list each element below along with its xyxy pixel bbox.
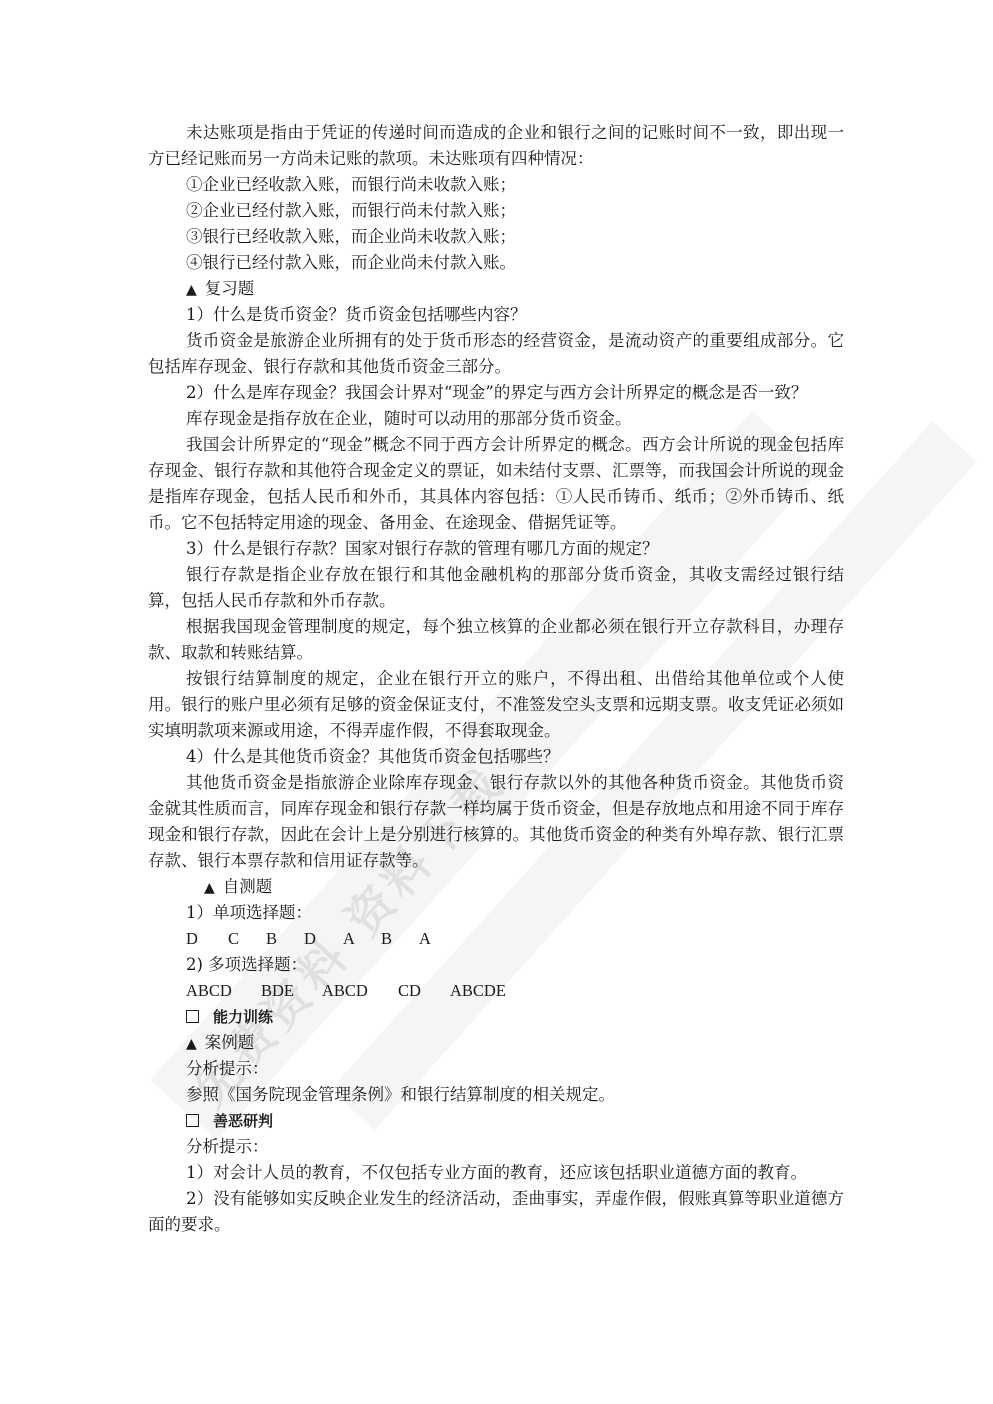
answer: B xyxy=(381,926,419,952)
intro-item: ④银行已经付款入账，而企业尚未付款入账。 xyxy=(148,250,844,276)
single-choice-answers: DCBDABA xyxy=(148,926,844,952)
triangle-icon: ▲ xyxy=(204,880,215,896)
case-hint-label: 分析提示： xyxy=(148,1056,844,1082)
self-test-title: 自测题 xyxy=(223,877,273,896)
review-answer: 库存现金是指存放在企业，随时可以动用的那部分货币资金。 xyxy=(148,406,844,432)
ethics-title: 善恶研判 xyxy=(213,1112,273,1130)
answer: B xyxy=(266,926,304,952)
ethics-point: 2）没有能够如实反映企业发生的经济活动，歪曲事实，弄虚作假，假账真算等职业道德方… xyxy=(148,1186,844,1238)
checkbox-square-icon xyxy=(186,1010,199,1023)
review-question: 4）什么是其他货币资金？其他货币资金包括哪些？ xyxy=(148,744,844,770)
ability-heading: 能力训练 xyxy=(148,1004,844,1030)
case-hint: 参照《国务院现金管理条例》和银行结算制度的相关规定。 xyxy=(148,1082,844,1108)
answer: ABCD xyxy=(322,978,398,1004)
review-answer: 根据我国现金管理制度的规定，每个独立核算的企业都必须在银行开立存款科目，办理存款… xyxy=(148,614,844,666)
answer: A xyxy=(343,926,381,952)
intro-paragraph: 未达账项是指由于凭证的传递时间而造成的企业和银行之间的记账时间不一致，即出现一方… xyxy=(148,120,844,172)
document-page: 未达账项是指由于凭证的传递时间而造成的企业和银行之间的记账时间不一致，即出现一方… xyxy=(148,120,844,1238)
ability-title: 能力训练 xyxy=(213,1008,273,1026)
review-answer: 我国会计所界定的“现金”概念不同于西方会计所界定的概念。西方会计所说的现金包括库… xyxy=(148,432,844,536)
self-test-heading: ▲自测题 xyxy=(148,874,844,900)
answer: CD xyxy=(398,978,450,1004)
intro-item: ①企业已经收款入账，而银行尚未收款入账； xyxy=(148,172,844,198)
review-answer: 其他货币资金是指旅游企业除库存现金、银行存款以外的其他各种货币资金。其他货币资金… xyxy=(148,770,844,874)
triangle-icon: ▲ xyxy=(186,1036,197,1052)
review-question: 1）什么是货币资金？货币资金包括哪些内容？ xyxy=(148,302,844,328)
intro-item: ③银行已经收款入账，而企业尚未收款入账； xyxy=(148,224,844,250)
answer: D xyxy=(186,926,228,952)
review-question: 2）什么是库存现金？我国会计界对“现金”的界定与西方会计所界定的概念是否一致？ xyxy=(148,380,844,406)
review-heading: ▲复习题 xyxy=(148,276,844,302)
single-choice-label: 1）单项选择题： xyxy=(148,900,844,926)
ethics-hint-label: 分析提示： xyxy=(148,1134,844,1160)
answer: BDE xyxy=(261,978,322,1004)
intro-item: ②企业已经付款入账，而银行尚未付款入账； xyxy=(148,198,844,224)
review-question: 3）什么是银行存款？国家对银行存款的管理有哪几方面的规定？ xyxy=(148,536,844,562)
ethics-heading: 善恶研判 xyxy=(148,1108,844,1134)
ethics-point: 1）对会计人员的教育，不仅包括专业方面的教育，还应该包括职业道德方面的教育。 xyxy=(148,1160,844,1186)
case-heading: ▲案例题 xyxy=(148,1030,844,1056)
triangle-icon: ▲ xyxy=(186,282,197,298)
answer: C xyxy=(228,926,266,952)
answer: A xyxy=(419,926,431,952)
multi-choice-answers: ABCDBDEABCDCDABCDE xyxy=(148,978,844,1004)
answer: ABCDE xyxy=(450,978,506,1004)
case-title: 案例题 xyxy=(205,1033,255,1052)
review-answer: 银行存款是指企业存放在银行和其他金融机构的那部分货币资金，其收支需经过银行结算，… xyxy=(148,562,844,614)
answer: ABCD xyxy=(186,978,261,1004)
checkbox-square-icon xyxy=(186,1114,199,1127)
review-answer: 货币资金是旅游企业所拥有的处于货币形态的经营资金，是流动资产的重要组成部分。它包… xyxy=(148,328,844,380)
multi-choice-label: 2) 多项选择题： xyxy=(148,952,844,978)
review-title: 复习题 xyxy=(205,279,255,298)
review-answer: 按银行结算制度的规定，企业在银行开立的账户，不得出租、出借给其他单位或个人使用。… xyxy=(148,666,844,744)
answer: D xyxy=(304,926,343,952)
